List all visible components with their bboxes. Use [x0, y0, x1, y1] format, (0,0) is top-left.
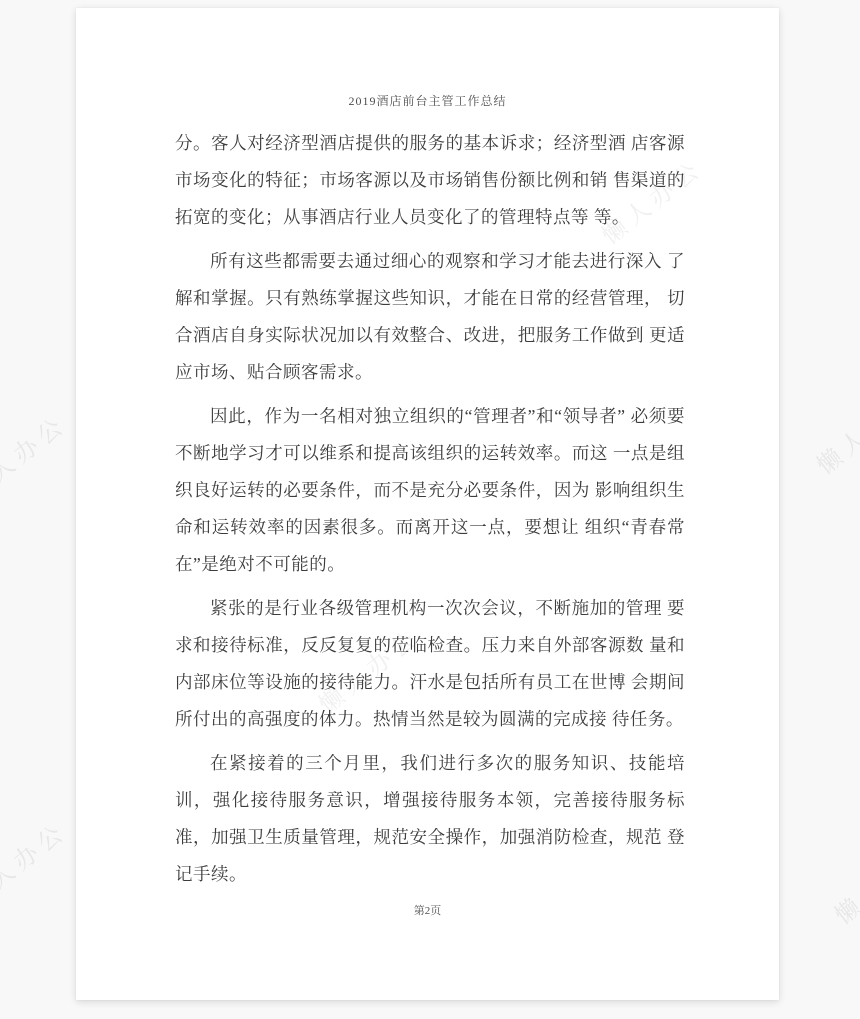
paragraph-1: 分。客人对经济型酒店提供的服务的基本诉求；经济型酒 店客源市场变化的特征；市场客…: [175, 125, 685, 236]
watermark-left-bottom: 懒人办公: [0, 812, 73, 913]
watermark-right-bottom: 懒人办公: [826, 829, 860, 930]
document-body: 分。客人对经济型酒店提供的服务的基本诉求；经济型酒 店客源市场变化的特征；市场客…: [175, 125, 685, 893]
paragraph-2: 所有这些都需要去通过细心的观察和学习才能去进行深入 了解和掌握。只有熟练掌握这些…: [175, 243, 685, 391]
paragraph-4: 紧张的是行业各级管理机构一次次会议，不断施加的管理 要求和接待标准，反反复复的莅…: [175, 590, 685, 738]
document-title: 2019酒店前台主管工作总结: [76, 8, 779, 109]
page-number: 第2页: [76, 902, 779, 918]
paragraph-5: 在紧接着的三个月里，我们进行多次的服务知识、技能培 训，强化接待服务意识，增强接…: [175, 745, 685, 893]
watermark-right-middle: 懒人办公: [808, 379, 860, 480]
document-page: 懒人办公 懒人办公 2019酒店前台主管工作总结 分。客人对经济型酒店提供的服务…: [76, 8, 779, 1000]
watermark-left-middle: 懒人办公: [0, 405, 73, 506]
paragraph-3: 因此，作为一名相对独立组织的“管理者”和“领导者” 必须要不断地学习才可以维系和…: [175, 398, 685, 583]
